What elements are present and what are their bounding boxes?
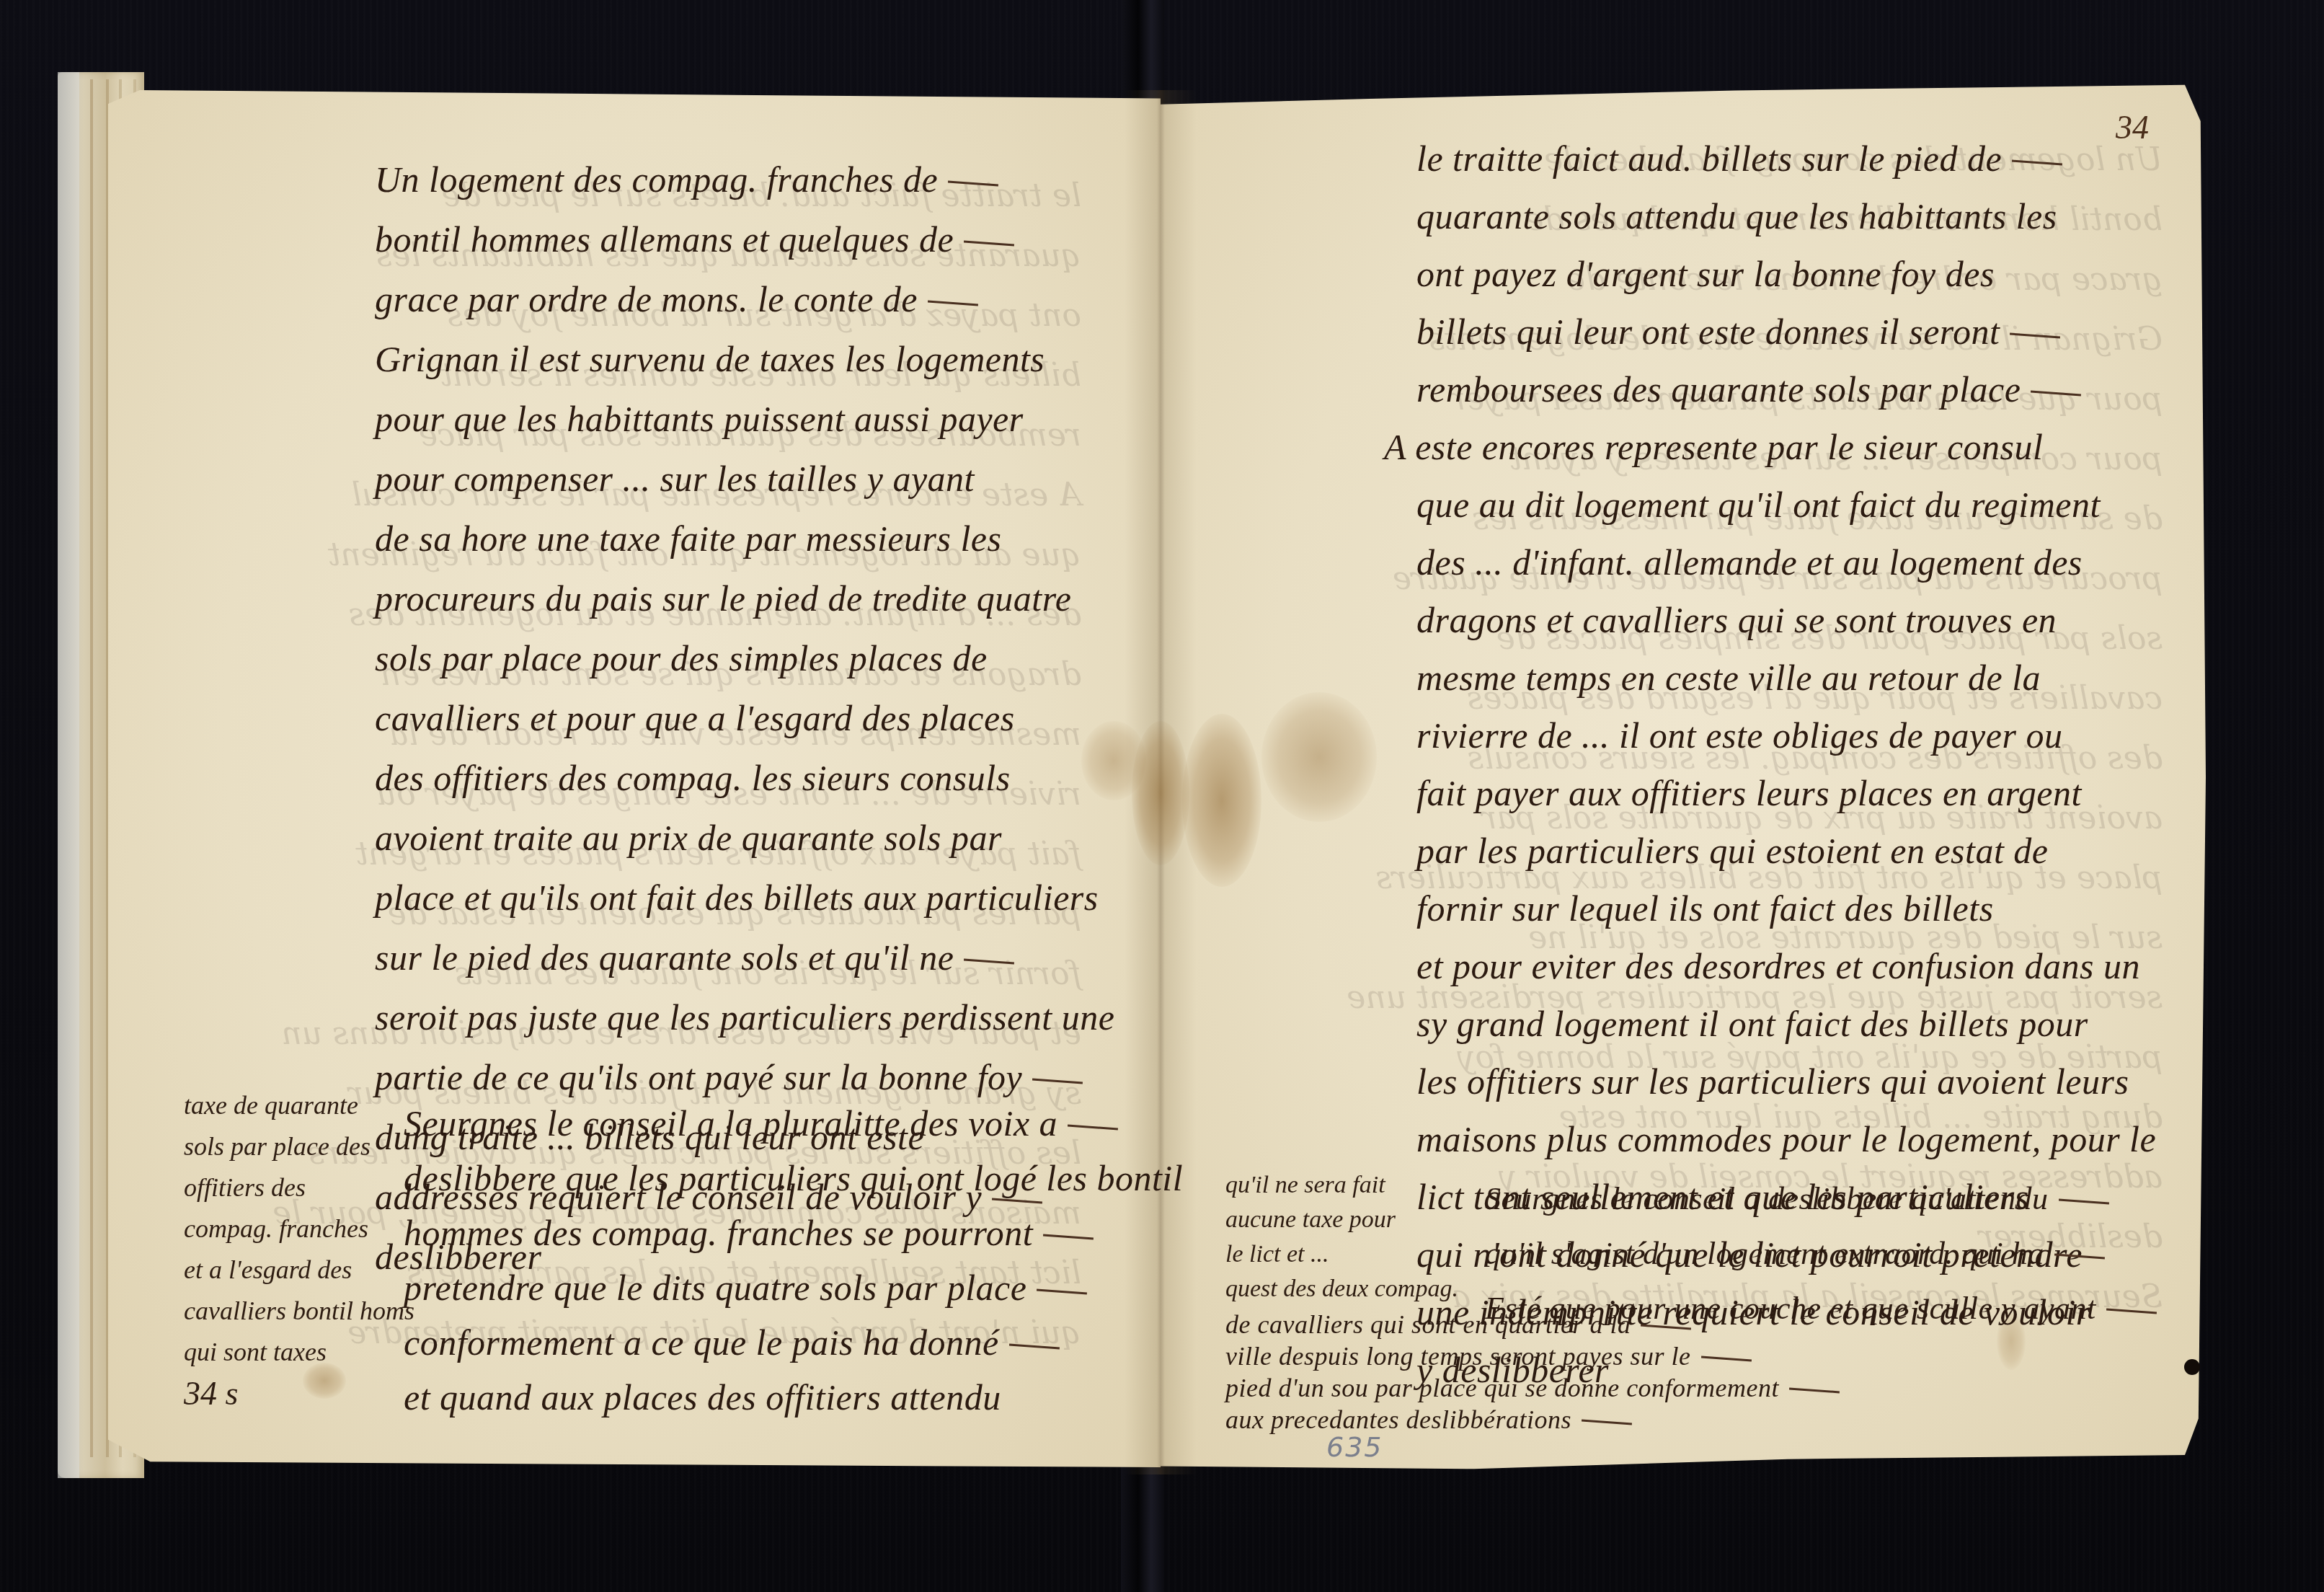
text-line: conformement a ce que le pais ha donné: [404, 1315, 1161, 1370]
text-line: sy grand logement il ont faict des bille…: [1416, 995, 2195, 1053]
text-line: pied d'un sou par place qui se donne con…: [1225, 1372, 1874, 1404]
text-line: par les particuliers qui estoient en est…: [1416, 822, 2195, 880]
text-line: et pour eviter des desordres et confusio…: [1416, 937, 2195, 995]
margin-line: compag. franches: [184, 1208, 422, 1250]
text-line: fornir sur lequel ils ont faict des bill…: [1416, 880, 2195, 937]
text-line: Grignan il est survenu de taxes les loge…: [375, 330, 1153, 389]
margin-line: offitiers des: [184, 1167, 422, 1208]
text-line: Un logement des compag. franches de: [375, 150, 1153, 210]
margin-line: quest des deux compag.: [1225, 1272, 1485, 1306]
text-line: de cavalliers qui sont en quartier a la: [1225, 1309, 1874, 1340]
text-line: des offitiers des compag. les sieurs con…: [375, 748, 1153, 808]
text-line: procureurs du pais sur le pied de tredit…: [375, 569, 1153, 629]
text-line: sols par place pour des simples places d…: [375, 629, 1153, 689]
margin-line: taxe de quarante: [184, 1085, 422, 1126]
ink-blot: [2184, 1359, 2200, 1375]
text-line: place et qu'ils ont fait des billets aux…: [375, 868, 1153, 928]
text-line: seroit pas juste que les particuliers pe…: [375, 988, 1153, 1048]
text-line: des ... d'infant. allemande et au logeme…: [1416, 534, 2195, 591]
ink-stain: [1182, 714, 1261, 887]
text-line: rivierre de ... il ont este obliges de p…: [1416, 707, 2195, 764]
margin-line: aucune taxe pour: [1225, 1203, 1485, 1237]
text-line: hommes des compag. franches se pourront: [404, 1206, 1161, 1260]
text-line: sur le pied des quarante sols et qu'il n…: [375, 928, 1153, 988]
text-line: pour que les habittants puissent aussi p…: [375, 389, 1153, 449]
text-line: le traitte faict aud. billets sur le pie…: [1416, 130, 2195, 187]
text-line: fait payer aux offitiers leurs places en…: [1416, 764, 2195, 822]
text-line: pour compenser ... sur les tailles y aya…: [375, 449, 1153, 509]
text-line: Seurgnes le conseil a deslibbere qu'atte…: [1485, 1172, 2206, 1226]
margin-line: qui sont taxes: [184, 1332, 422, 1373]
margin-line: le lict et ...: [1225, 1237, 1485, 1272]
text-line: que au dit logement qu'il ont faict du r…: [1416, 476, 2195, 534]
text-line: de sa hore une taxe faite par messieurs …: [375, 509, 1153, 569]
text-line: pretendre que le dits quatre sols par pl…: [404, 1260, 1161, 1315]
text-line: aux precedantes deslibbérations: [1225, 1404, 1874, 1436]
right-margin-note: qu'il ne sera fait aucune taxe pour le l…: [1225, 1168, 1485, 1306]
margin-line: qu'il ne sera fait: [1225, 1168, 1485, 1203]
margin-line: et a l'esgard des: [184, 1250, 422, 1291]
text-line: A este encores represente par le sieur c…: [1384, 418, 2195, 476]
margin-line: cavalliers bontil homs: [184, 1291, 422, 1332]
right-page-closing-text: de cavalliers qui sont en quartier a la …: [1225, 1309, 1874, 1436]
text-line: bontil hommes allemans et quelques de: [375, 210, 1153, 270]
left-margin-note: taxe de quarante sols par place des offi…: [184, 1085, 422, 1414]
text-line: et quand aux places des offitiers attend…: [404, 1370, 1161, 1425]
text-line: mesme temps en ceste ville au retour de …: [1416, 649, 2195, 707]
left-page-resolution-text: Seurgnes le conseil a la pluralitte des …: [404, 1096, 1161, 1425]
text-line: avoient traite au prix de quarante sols …: [375, 808, 1153, 868]
archive-pencil-number: 635: [1326, 1431, 1383, 1463]
text-line: dragons et cavalliers qui se sont trouve…: [1416, 591, 2195, 649]
margin-line: 34 s: [184, 1373, 422, 1414]
text-line: ville despuis long temps seront payes su…: [1225, 1340, 1874, 1372]
ink-stain: [1261, 692, 1377, 822]
text-line: Seurgnes le conseil a la pluralitte des …: [404, 1096, 1161, 1151]
text-line: quarante sols attendu que les habittants…: [1416, 187, 2195, 245]
text-line: deslibbere que les particuliers qui ont …: [404, 1151, 1161, 1206]
text-line: qu'il s'agist d'un logement extraord. qu…: [1485, 1226, 2206, 1281]
text-line: remboursees des quarante sols par place: [1416, 361, 2195, 418]
text-line: cavalliers et pour que a l'esgard des pl…: [375, 689, 1153, 748]
text-line: billets qui leur ont este donnes il sero…: [1416, 303, 2195, 361]
margin-line: sols par place des: [184, 1126, 422, 1167]
text-line: maisons plus commodes pour le logement, …: [1416, 1110, 2195, 1168]
text-line: ont payez d'argent sur la bonne foy des: [1416, 245, 2195, 303]
text-line: grace par ordre de mons. le conte de: [375, 270, 1153, 330]
text-line: les offitiers sur les particuliers qui a…: [1416, 1053, 2195, 1110]
